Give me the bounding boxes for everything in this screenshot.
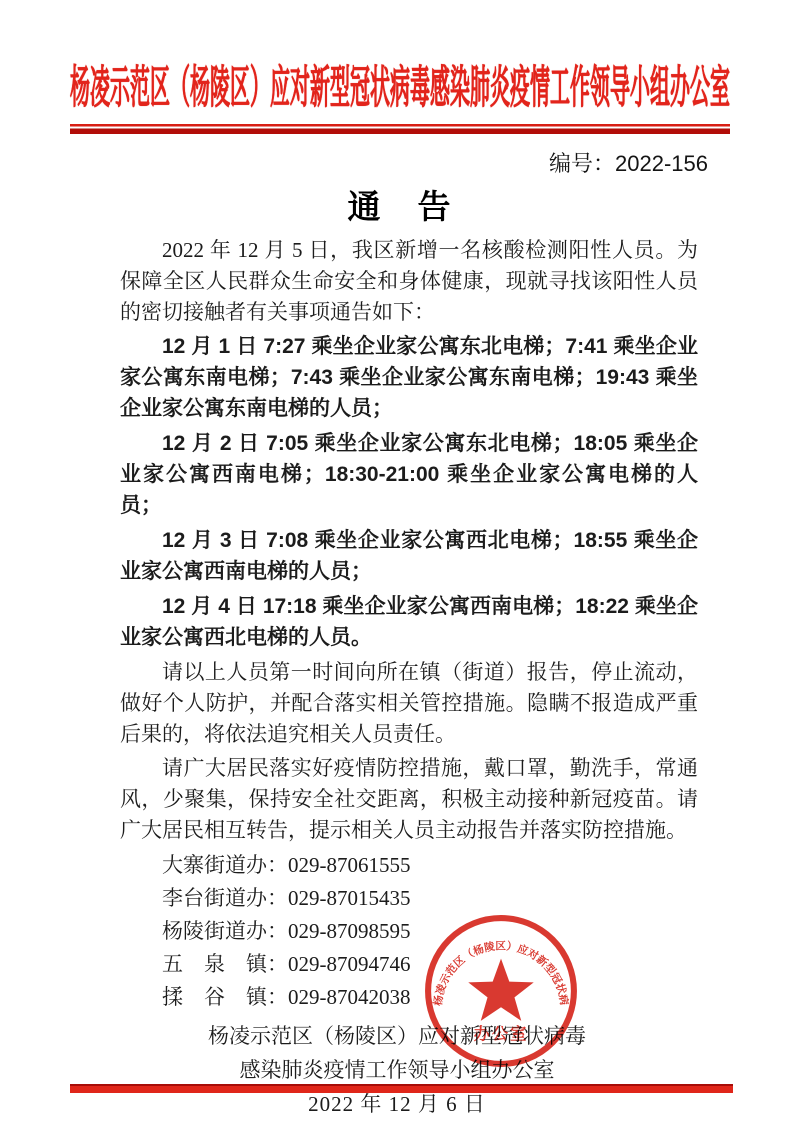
issuing-office-header: 杨凌示范区（杨陵区）应对新型冠状病毒感染肺炎疫情工作领导小组办公室 — [70, 50, 730, 115]
notice-page: 杨凌示范区（杨陵区）应对新型冠状病毒感染肺炎疫情工作领导小组办公室 编号：202… — [0, 0, 800, 1131]
signature-block: 杨凌示范区（杨陵区）应对新型冠状病毒 感染肺炎疫情工作领导小组办公室 2022 … — [200, 1019, 594, 1121]
notice-paragraph-prevention: 请广大居民落实好疫情防控措施，戴口罩，勤洗手，常通风，少聚集，保持安全社交距离，… — [120, 753, 698, 846]
notice-body: 2022 年 12 月 5 日，我区新增一名核酸检测阳性人员。为保障全区人民群众… — [120, 235, 698, 1121]
notice-paragraph-dec3: 12 月 3 日 7:08 乘坐企业家公寓西北电梯；18:55 乘坐企业家公寓西… — [120, 525, 698, 587]
contact-row-wuquan: 五 泉 镇：029-87094746 — [120, 948, 698, 981]
signature-office-line1: 杨凌示范区（杨陵区）应对新型冠状病毒 — [200, 1019, 594, 1053]
letterhead-divider — [70, 124, 730, 134]
contact-row-yangling: 杨陵街道办：029-87098595 — [120, 915, 698, 948]
document-number: 编号：2022-156 — [0, 147, 708, 178]
contact-row-litai: 李台街道办：029-87015435 — [120, 882, 698, 915]
letterhead: 杨凌示范区（杨陵区）应对新型冠状病毒感染肺炎疫情工作领导小组办公室 — [0, 50, 800, 116]
notice-paragraph-dec1: 12 月 1 日 7:27 乘坐企业家公寓东北电梯；7:41 乘坐企业家公寓东南… — [120, 331, 698, 424]
footer-divider — [70, 1084, 733, 1093]
contact-phone-list: 大寨街道办：029-87061555 李台街道办：029-87015435 杨陵… — [120, 849, 698, 1014]
notice-paragraph-report: 请以上人员第一时间向所在镇（街道）报告，停止流动，做好个人防护，并配合落实相关管… — [120, 657, 698, 750]
notice-paragraph-intro: 2022 年 12 月 5 日，我区新增一名核酸检测阳性人员。为保障全区人民群众… — [120, 235, 698, 328]
notice-title: 通 告 — [0, 181, 800, 228]
signature-office-line2: 感染肺炎疫情工作领导小组办公室 — [200, 1053, 594, 1087]
notice-paragraph-dec2: 12 月 2 日 7:05 乘坐企业家公寓东北电梯；18:05 乘坐企业家公寓西… — [120, 428, 698, 521]
contact-row-dazhai: 大寨街道办：029-87061555 — [120, 849, 698, 882]
notice-paragraph-dec4: 12 月 4 日 17:18 乘坐企业家公寓西南电梯；18:22 乘坐企业家公寓… — [120, 591, 698, 653]
contact-row-rougu: 揉 谷 镇：029-87042038 — [120, 981, 698, 1014]
